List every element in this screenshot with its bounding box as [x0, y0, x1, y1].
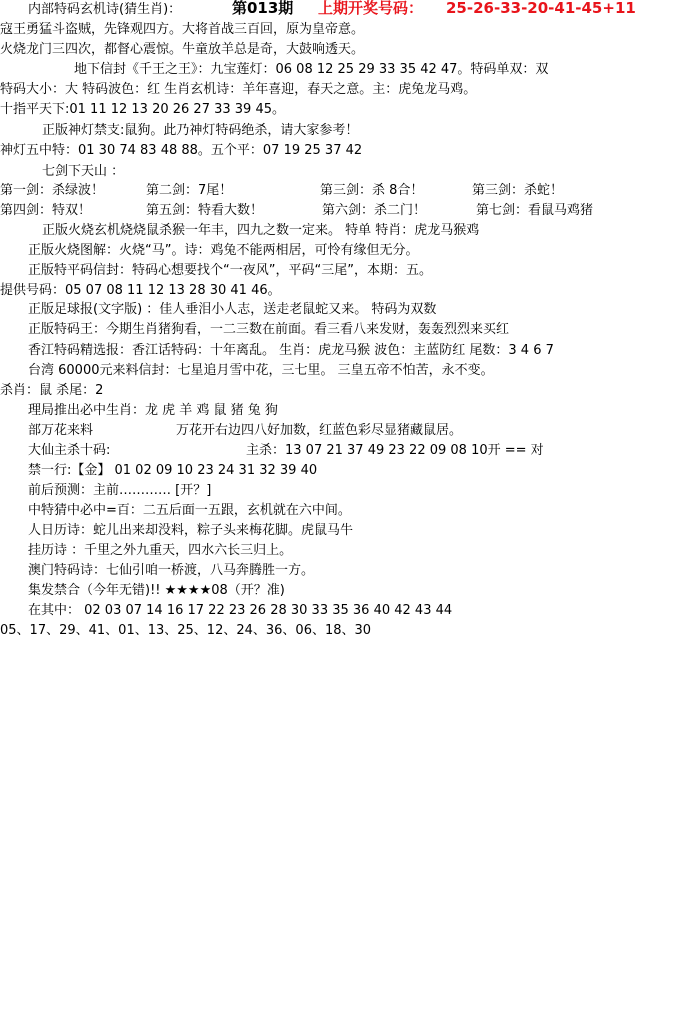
- daxian-label: 大仙主杀十码:: [28, 441, 110, 460]
- provided-numbers: 提供号码：05 07 08 11 12 13 28 30 41 46。: [0, 281, 281, 300]
- special-king: 正版特码王：今期生肖猪狗看，一二三数在前面。看三看八来发财，轰轰烈烈来买红: [28, 320, 509, 339]
- wanhua-label: 部万花来料: [28, 421, 93, 440]
- lamp-five: 神灯五中特：01 30 74 83 48 88。五个平：07 19 25 37 …: [0, 141, 362, 160]
- ten-fingers: 十指平天下:01 11 12 13 20 26 27 33 39 45。: [0, 100, 285, 119]
- front-back-forecast: 前后预测：主前………… [开？]: [28, 481, 211, 500]
- football-paper: 正版足球报(文字版) ：佳人垂泪小人志，送走老鼠蛇又来。 特码为双数: [28, 300, 436, 319]
- sword-1: 第一剑：杀绿波！: [0, 181, 104, 200]
- fire-diagram: 正版火烧图解：火烧“马”。诗：鸡兔不能两相居，可怜有缘但无分。: [28, 241, 418, 260]
- poem-line-2: 火烧龙门三四次，都督心震惊。牛童放羊总是奇，大鼓响透天。: [0, 40, 364, 59]
- must-hit-zodiac: 理局推出必中生肖：龙 虎 羊 鸡 鼠 猪 兔 狗: [28, 401, 278, 420]
- fire-mystery: 正版火烧玄机烧烧鼠杀猴一年丰，四九之数一定来。 特单 特肖：虎龙马猴鸡: [42, 221, 479, 240]
- lamp-forbidden: 正版神灯禁支:鼠狗。此乃神灯特码绝杀，请大家参考！: [42, 121, 358, 140]
- wanhua-text: 万花开右边四八好加数，红蓝色彩尽显猪藏鼠居。: [176, 421, 462, 440]
- xiangjiang-report: 香江特码精选报：香江话特码：十年离乱。 生肖：虎龙马猴 波色：主蓝防红 尾数：3…: [28, 341, 554, 360]
- sword-2: 第二剑：7尾！: [146, 181, 232, 200]
- sword-6: 第六剑：杀二门！: [322, 201, 426, 220]
- human-calendar-poem: 人日历诗：蛇儿出来却没料，粽子头来梅花脚。虎鼠马牛: [28, 521, 353, 540]
- seven-swords-title: 七剑下天山 ：: [42, 162, 124, 181]
- forbidden-row: 禁一行:【金】 01 02 09 10 23 24 31 32 39 40: [28, 461, 317, 480]
- period-label: 第013期: [232, 0, 293, 18]
- poem-line-1: 寇王勇猛斗盗贼，先锋观四方。大将首战三百回，原为皇帝意。: [0, 20, 364, 39]
- last-draw-numbers: 25-26-33-20-41-45+11: [446, 0, 636, 18]
- sword-3b: 第三剑：杀蛇！: [472, 181, 563, 200]
- collection-forbidden: 集发禁合（今年无错)!! ★★★★08（开？准): [28, 581, 285, 600]
- special-size-color: 特码大小：大 特码波色：红 生肖玄机诗：羊年喜迎，春天之意。主：虎兔龙马鸡。: [0, 80, 476, 99]
- special-flat-envelope: 正版特平码信封：特码心想要找个“一夜风”，平码“三尾”，本期：五。: [28, 261, 432, 280]
- sword-7: 第七剑：看鼠马鸡猪: [476, 201, 593, 220]
- daxian-kill: 主杀：13 07 21 37 49 23 22 09 08 10开 == 对: [246, 441, 544, 460]
- taiwan-envelope: 台湾 60000元来料信封：七星追月雪中花，三七里。 三皇五帝不怕苦，永不变。: [28, 361, 494, 380]
- sword-5: 第五剑：特看大数！: [146, 201, 263, 220]
- kill-zodiac: 杀肖：鼠 杀尾：2: [0, 381, 103, 400]
- guess-hundred: 中特猜中必中=百：二五后面一五跟，玄机就在六中间。: [28, 501, 351, 520]
- underground-envelope: 地下信封《千王之王》：九宝莲灯：06 08 12 25 29 33 35 42 …: [74, 60, 548, 79]
- last-draw-label: 上期开奖号码：: [318, 0, 423, 18]
- wall-calendar-poem: 挂历诗 ：千里之外九重天，四水六长三归上。: [28, 541, 292, 560]
- number-list: 05、17、29、41、01、13、25、12、24、36、06、18、30: [0, 621, 371, 640]
- sword-4: 第四剑：特双！: [0, 201, 91, 220]
- poem-title: 内部特码玄机诗(猜生肖)：: [28, 0, 181, 19]
- among-numbers: 在其中： 02 03 07 14 16 17 22 23 26 28 30 33…: [28, 601, 452, 620]
- macau-poem: 澳门特码诗：七仙引咱一桥渡，八马奔腾胜一方。: [28, 561, 314, 580]
- sword-3: 第三剑：杀 8合！: [320, 181, 423, 200]
